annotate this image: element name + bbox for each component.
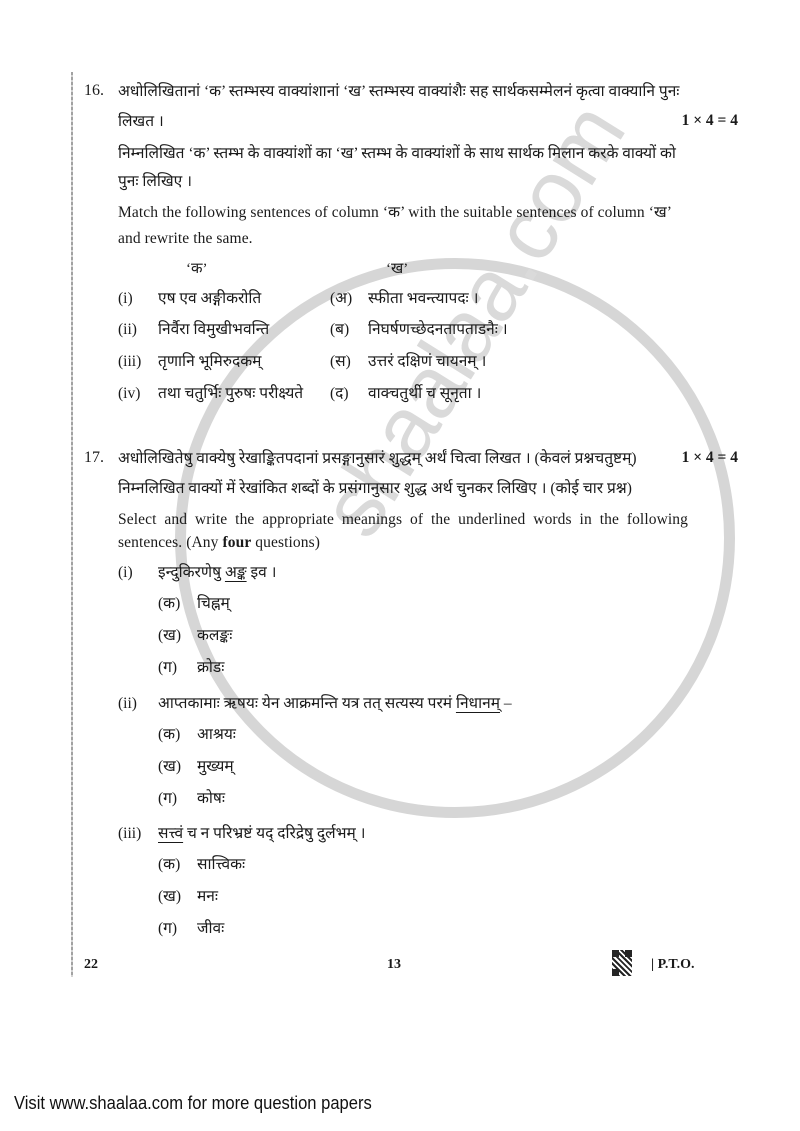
underlined-word: निधानम् bbox=[456, 695, 500, 712]
option-label: (ग) bbox=[158, 658, 177, 678]
q16-english-line2: and rewrite the same. bbox=[118, 229, 253, 249]
right-text: निघर्षणच्छेदनतापताडनैः । bbox=[368, 320, 508, 340]
option-label: (ग) bbox=[158, 919, 177, 939]
emphasis-four: four bbox=[222, 534, 251, 551]
question-number: 17. bbox=[84, 449, 104, 467]
pto-label: | P.T.O. bbox=[651, 957, 695, 973]
visit-banner-link[interactable]: Visit www.shaalaa.com for more question … bbox=[14, 1093, 372, 1114]
q17-marks: 1 × 4 = 4 bbox=[682, 449, 738, 467]
right-label: (द) bbox=[330, 384, 349, 404]
option-label: (क) bbox=[158, 594, 180, 614]
qr-code-icon bbox=[612, 950, 632, 976]
left-label: (iv) bbox=[118, 384, 140, 404]
text: च न परिभ्रष्टं यद् दरिद्रेषु दुर्लभम् । bbox=[183, 825, 365, 842]
q16-english-line1: Match the following sentences of column … bbox=[118, 203, 672, 223]
sub-question-label: (ii) bbox=[118, 694, 137, 714]
text: – bbox=[500, 695, 512, 712]
option-text: सात्त्विकः bbox=[197, 855, 245, 875]
option-text: आश्रयः bbox=[197, 725, 236, 745]
left-label: (i) bbox=[118, 289, 133, 309]
underlined-word: सत्त्वं bbox=[158, 825, 183, 842]
option-label: (क) bbox=[158, 855, 180, 875]
left-label: (iii) bbox=[118, 352, 141, 372]
left-text: तथा चतुर्भिः पुरुषः परीक्ष्यते bbox=[158, 384, 303, 404]
left-text: तृणानि भूमिरुदकम् bbox=[158, 352, 261, 372]
right-text: उत्तरं दक्षिणं चायनम् । bbox=[368, 352, 486, 372]
q16-hindi-line2: पुनः लिखिए । bbox=[118, 172, 192, 192]
sub-question-text: सत्त्वं च न परिभ्रष्टं यद् दरिद्रेषु दुर… bbox=[158, 824, 366, 844]
exam-page: shaalaa.com 16. अधोलिखितानां ‘क’ स्तम्भस… bbox=[0, 0, 800, 1000]
option-label: (ख) bbox=[158, 626, 181, 646]
option-text: मनः bbox=[197, 887, 218, 907]
q17-english-line2: sentences. (Any four questions) bbox=[118, 533, 320, 553]
sub-question-label: (iii) bbox=[118, 824, 141, 844]
q16-sanskrit-line1: अधोलिखितानां ‘क’ स्तम्भस्य वाक्यांशानां … bbox=[118, 82, 679, 102]
left-label: (ii) bbox=[118, 320, 137, 340]
q17-hindi-line: निम्नलिखित वाक्यों में रेखांकित शब्दों क… bbox=[118, 479, 632, 499]
left-margin-rule bbox=[71, 72, 73, 977]
left-text: निर्वैरा विमुखीभवन्ति bbox=[158, 320, 269, 340]
question-number: 16. bbox=[84, 82, 104, 100]
q17-sanskrit-line: अधोलिखितेषु वाक्येषु रेखाङ्कितपदानां प्र… bbox=[118, 449, 637, 469]
text: इन्दुकिरणेषु bbox=[158, 564, 225, 581]
option-text: चिह्नम् bbox=[197, 594, 230, 614]
option-label: (क) bbox=[158, 725, 180, 745]
sub-question-text: आप्तकामाः ऋषयः येन आक्रमन्ति यत्र तत् सत… bbox=[158, 694, 512, 714]
option-text: कलङ्कः bbox=[197, 626, 232, 646]
right-label: (स) bbox=[330, 352, 351, 372]
text: questions) bbox=[251, 534, 320, 551]
right-text: स्फीता भवन्त्यापदः । bbox=[368, 289, 478, 309]
q16-marks: 1 × 4 = 4 bbox=[682, 112, 738, 130]
option-text: मुख्यम् bbox=[197, 757, 234, 777]
right-label: (ब) bbox=[330, 320, 349, 340]
right-label: (अ) bbox=[330, 289, 352, 309]
q16-hindi-line1: निम्नलिखित ‘क’ स्तम्भ के वाक्यांशों का ‘… bbox=[118, 144, 676, 164]
text: इव । bbox=[247, 564, 277, 581]
option-label: (ख) bbox=[158, 757, 181, 777]
right-text: वाक्चतुर्थी च सूनृता । bbox=[368, 384, 481, 404]
paper-code: 22 bbox=[84, 957, 98, 973]
sub-question-text: इन्दुकिरणेषु अङ्क इव । bbox=[158, 563, 276, 583]
underlined-word: अङ्क bbox=[225, 564, 247, 581]
option-text: क्रोडः bbox=[197, 658, 224, 678]
option-label: (ग) bbox=[158, 789, 177, 809]
q16-sanskrit-line2: लिखत । bbox=[118, 112, 164, 132]
option-text: कोषः bbox=[197, 789, 225, 809]
page-number: 13 bbox=[387, 957, 401, 973]
left-text: एष एव अङ्गीकरोति bbox=[158, 289, 261, 309]
column-ka-header: ‘क’ bbox=[186, 258, 208, 278]
option-text: जीवः bbox=[197, 919, 224, 939]
option-label: (ख) bbox=[158, 887, 181, 907]
q17-english-line1: Select and write the appropriate meaning… bbox=[118, 510, 688, 530]
text: आप्तकामाः ऋषयः येन आक्रमन्ति यत्र तत् सत… bbox=[158, 695, 456, 712]
sub-question-label: (i) bbox=[118, 563, 133, 583]
column-kha-header: ‘ख’ bbox=[386, 258, 408, 278]
text: sentences. (Any bbox=[118, 534, 222, 551]
